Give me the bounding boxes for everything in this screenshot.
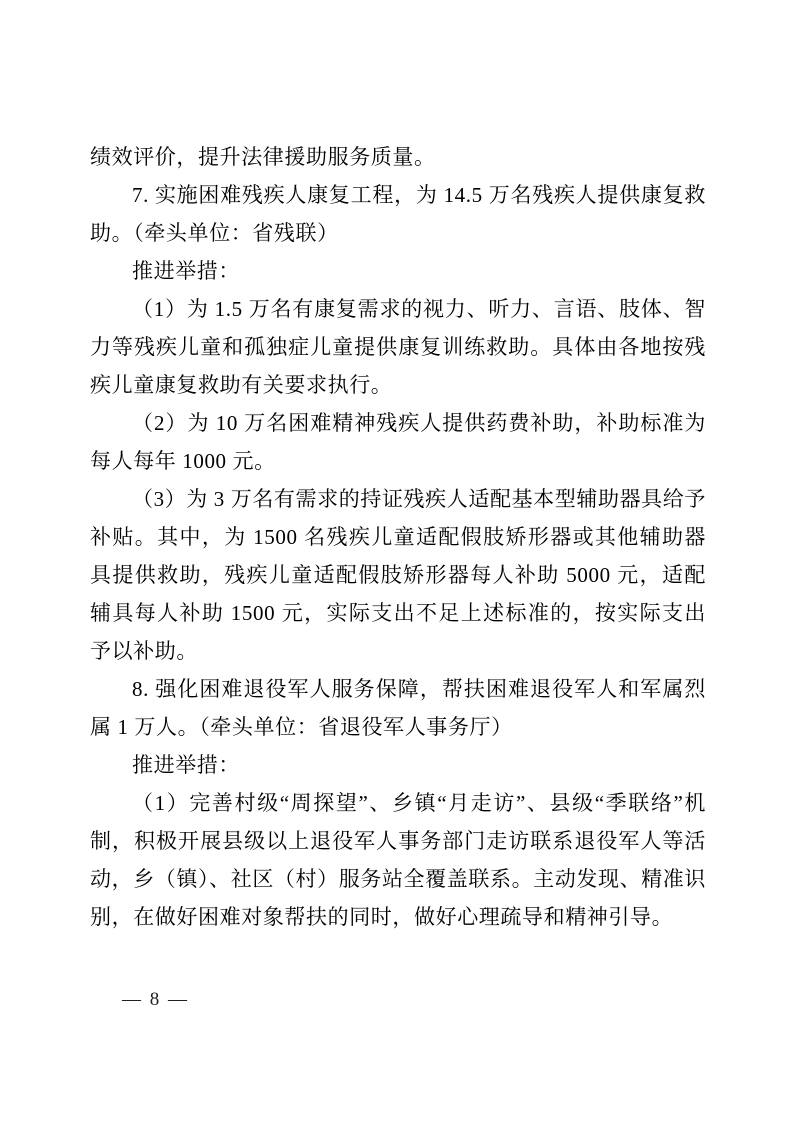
document-body: 绩效评价，提升法律援助服务质量。 7. 实施困难残疾人康复工程，为 14.5 万… [90, 138, 706, 936]
paragraph-item-8-title: 8. 强化困难退役军人服务保障，帮扶困难退役军人和军属烈属 1 万人。（牵头单位… [90, 670, 706, 746]
paragraph-item-7-measure-1: （1）为 1.5 万名有康复需求的视力、听力、言语、肢体、智力等残疾儿童和孤独症… [90, 290, 706, 404]
paragraph-item-8-measures-label: 推进举措： [90, 746, 706, 784]
page-footer: — 8 — [122, 986, 189, 1014]
paragraph-item-7-measure-2: （2）为 10 万名困难精神残疾人提供药费补助，补助标准为每人每年 1000 元… [90, 404, 706, 480]
paragraph-item-7-measures-label: 推进举措： [90, 252, 706, 290]
paragraph-item-8-measure-1: （1）完善村级“周探望”、乡镇“月走访”、县级“季联络”机制，积极开展县级以上退… [90, 784, 706, 936]
paragraph-continuation: 绩效评价，提升法律援助服务质量。 [90, 138, 706, 176]
document-page: 绩效评价，提升法律援助服务质量。 7. 实施困难残疾人康复工程，为 14.5 万… [0, 0, 793, 1122]
paragraph-item-7-title: 7. 实施困难残疾人康复工程，为 14.5 万名残疾人提供康复救助。（牵头单位：… [90, 176, 706, 252]
paragraph-item-7-measure-3: （3）为 3 万名有需求的持证残疾人适配基本型辅助器具给予补贴。其中，为 150… [90, 480, 706, 670]
page-number: — 8 — [122, 989, 189, 1010]
